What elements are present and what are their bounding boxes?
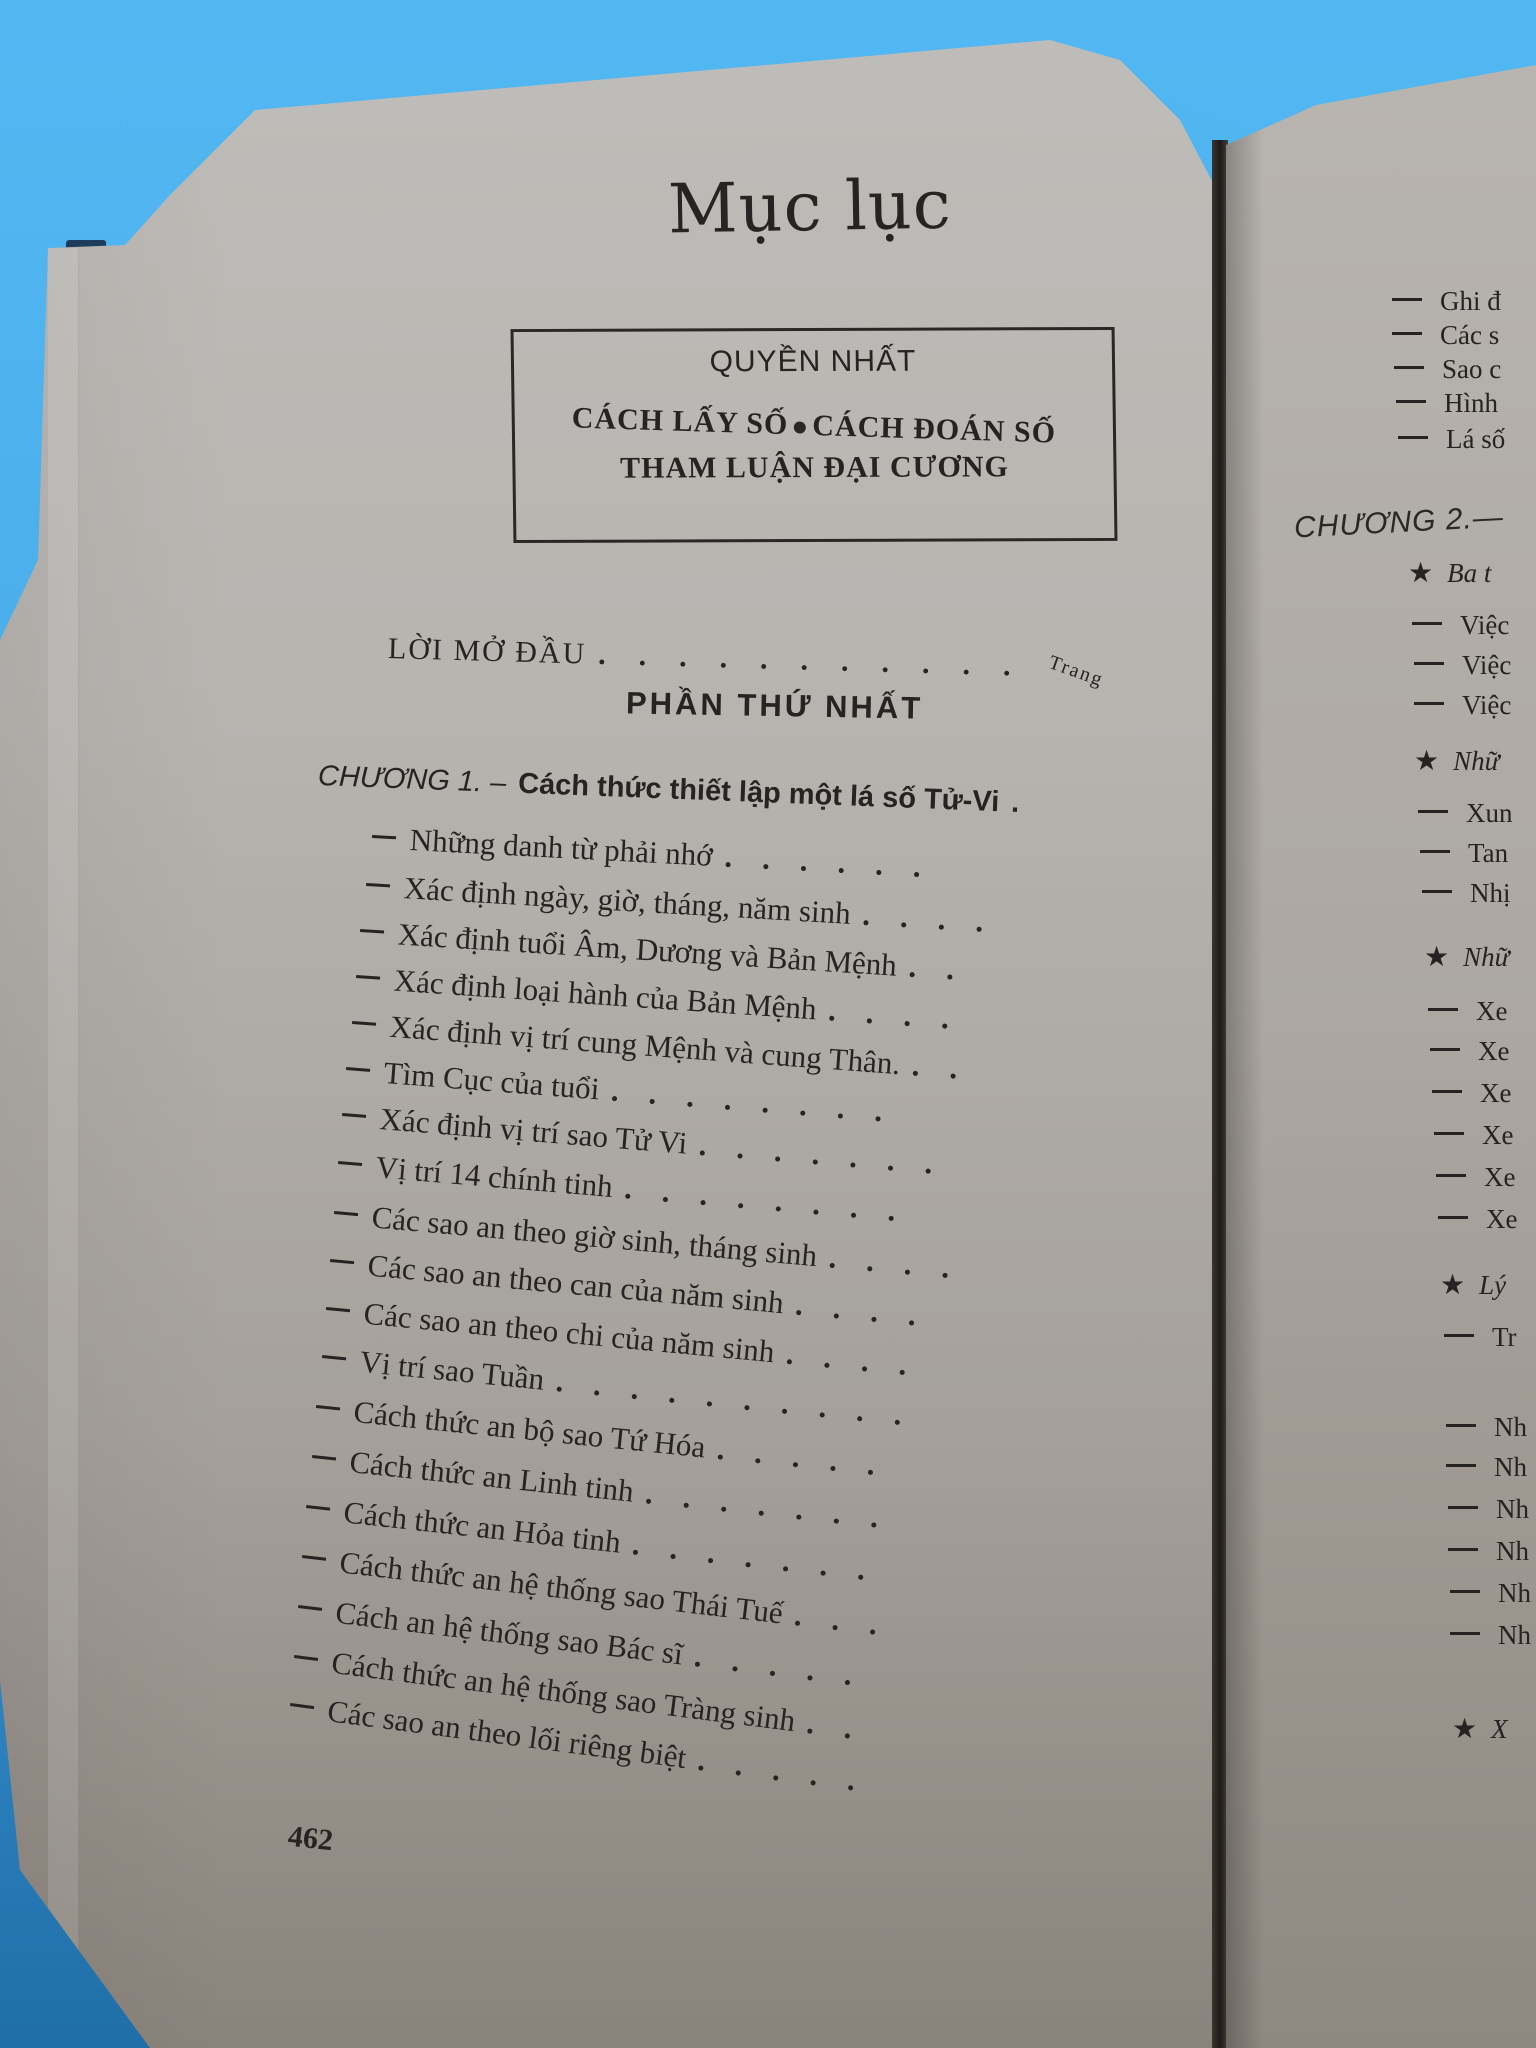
toc-entry[interactable]: Nh <box>1446 1412 1527 1443</box>
toc-entry[interactable]: Việc <box>1414 650 1511 681</box>
leader-dots: ....... <box>644 1475 911 1538</box>
section-heading[interactable]: ★Ba t <box>1408 556 1491 590</box>
leader-dots: ....... <box>698 1127 964 1184</box>
entry-text: Vị trí sao Tuần <box>358 1344 546 1398</box>
leader-dots: .... <box>827 1239 981 1288</box>
toc-entry[interactable]: Xe <box>1434 1120 1513 1151</box>
leader-dots: .. <box>911 1047 989 1088</box>
section-title: X <box>1491 1714 1508 1745</box>
dash-icon <box>1450 1590 1480 1593</box>
toc-entry[interactable]: Xe <box>1432 1078 1511 1109</box>
dash-icon <box>1448 1548 1478 1551</box>
entry-text: Nh <box>1494 1412 1527 1443</box>
dash-icon <box>1396 400 1426 403</box>
entry-text: Nh <box>1494 1452 1527 1483</box>
dash-icon <box>316 1405 340 1410</box>
dash-icon <box>1434 1132 1464 1135</box>
entry-text: Xun <box>1466 798 1513 829</box>
dash-icon <box>330 1259 354 1264</box>
entry-text: Nh <box>1498 1620 1531 1651</box>
dash-icon <box>1414 702 1444 705</box>
page-number: 462 <box>286 1820 334 1859</box>
toc-entry[interactable]: Tan <box>1420 838 1508 869</box>
dash-icon <box>1392 298 1422 301</box>
toc-entry[interactable]: Xe <box>1436 1162 1515 1193</box>
entry-text: Xe <box>1486 1204 1517 1235</box>
entry-text: Những danh từ phải nhớ <box>409 822 714 874</box>
dash-icon <box>1446 1464 1476 1467</box>
toc-entry[interactable]: Hình <box>1396 388 1498 419</box>
entry-text: Nh <box>1498 1578 1531 1609</box>
chapter-label: CHƯƠNG 1. – <box>317 760 506 800</box>
dash-icon <box>1422 890 1452 893</box>
toc-entry[interactable]: Nh <box>1450 1578 1531 1609</box>
section-title: Ba t <box>1447 558 1491 589</box>
volume-box: QUYỀN NHẤT CÁCH LẤY SỐCÁCH ĐOÁN SỐ THAM … <box>510 327 1117 543</box>
dash-icon <box>334 1211 358 1216</box>
dash-icon <box>1420 850 1450 853</box>
entry-text: Việc <box>1462 650 1511 681</box>
entry-text: Ghi đ <box>1440 286 1501 317</box>
toc-intro[interactable]: LỜI MỞ ĐẦU ........... Trang <box>388 632 1106 686</box>
leader-dots: .. <box>908 949 986 990</box>
toc-entry[interactable]: Ghi đ <box>1392 286 1501 317</box>
toc-entry[interactable]: Lá số <box>1398 424 1505 455</box>
toc-entry[interactable]: Xun <box>1418 798 1513 829</box>
left-page-content: Mục lục QUYỀN NHẤT CÁCH LẤY SỐCÁCH ĐOÁN … <box>0 0 1536 2048</box>
dash-icon <box>1436 1174 1466 1177</box>
toc-entry[interactable]: Nh <box>1450 1620 1531 1651</box>
section-title: Nhữ <box>1453 746 1499 777</box>
dash-icon <box>1412 622 1442 625</box>
dash-icon <box>338 1161 362 1166</box>
leader-dots: .... <box>827 992 980 1038</box>
dash-icon <box>1398 436 1428 439</box>
entry-text: Nh <box>1496 1536 1529 1567</box>
dash-icon <box>294 1655 318 1661</box>
entry-text: Các s <box>1440 320 1499 351</box>
leader-dots: ..... <box>696 1742 888 1802</box>
dash-icon <box>1438 1216 1468 1219</box>
entry-text: Sao c <box>1442 354 1501 385</box>
toc-entry[interactable]: Xe <box>1438 1204 1517 1235</box>
section-heading[interactable]: ★Lý <box>1440 1268 1506 1302</box>
entry-text: Xe <box>1478 1036 1509 1067</box>
intro-label: LỜI MỞ ĐẦU <box>388 632 587 672</box>
dash-icon <box>322 1355 346 1360</box>
leader-dots: .. <box>805 1705 884 1750</box>
dash-icon <box>366 883 390 887</box>
part-heading: PHẦN THỨ NHẤT <box>626 685 924 726</box>
dash-icon <box>1428 1008 1458 1011</box>
section-heading[interactable]: ★X <box>1452 1712 1508 1746</box>
toc-entry[interactable]: Xe <box>1428 996 1507 1027</box>
dash-icon <box>1394 366 1424 369</box>
leader-dots: .... <box>794 1286 948 1336</box>
leader-dots: ........ <box>623 1170 927 1231</box>
subtitle-part2: CÁCH ĐOÁN SỐ <box>812 409 1056 450</box>
entry-text: Tr <box>1492 1322 1517 1353</box>
entry-text: Tìm Cục của tuổi <box>383 1055 601 1107</box>
dash-icon <box>1448 1506 1478 1509</box>
section-title: Nhữ <box>1463 942 1509 973</box>
volume-subtitle-line2: THAM LUẬN ĐẠI CƯƠNG <box>515 450 1114 486</box>
toc-entry[interactable]: Nh <box>1448 1536 1529 1567</box>
leader-dots: .... <box>862 897 1015 942</box>
dash-icon <box>1430 1048 1460 1051</box>
dash-icon <box>342 1113 366 1118</box>
star-icon: ★ <box>1414 744 1439 778</box>
dash-icon <box>306 1505 330 1511</box>
page-column-label: Trang <box>1045 651 1106 692</box>
entry-text: Hình <box>1444 388 1498 419</box>
toc-chapter-1[interactable]: CHƯƠNG 1. – Cách thức thiết lập một lá s… <box>317 760 1050 821</box>
entry-text: Xe <box>1480 1078 1511 1109</box>
star-icon: ★ <box>1440 1268 1465 1302</box>
toc-entry[interactable]: Việc <box>1412 610 1509 641</box>
leader-dots: .... <box>785 1336 939 1386</box>
volume-subtitle: CÁCH LẤY SỐCÁCH ĐOÁN SỐ <box>515 400 1114 453</box>
entry-text: Nh <box>1496 1494 1529 1525</box>
entry-text: Vị trí 14 chính tinh <box>374 1149 614 1205</box>
dash-icon <box>346 1067 370 1072</box>
entry-text: Xe <box>1484 1162 1515 1193</box>
toc-entry[interactable]: Nhị <box>1422 878 1511 909</box>
leader-dots: ........... <box>598 638 1044 684</box>
dash-icon <box>298 1605 322 1611</box>
leader-dots: ..... <box>692 1638 884 1696</box>
dash-icon <box>1450 1632 1480 1635</box>
dash-icon <box>1446 1424 1476 1427</box>
dash-icon <box>326 1307 350 1312</box>
dash-icon <box>1418 810 1448 813</box>
dash-icon <box>1392 332 1422 335</box>
entry-text: Việc <box>1462 690 1511 721</box>
section-heading[interactable]: ★Nhữ <box>1414 744 1499 778</box>
star-icon: ★ <box>1452 1712 1477 1746</box>
toc-entry[interactable]: Các s <box>1392 320 1499 351</box>
page-title: Mục lục <box>667 166 952 250</box>
dash-icon <box>1414 662 1444 665</box>
toc-entry[interactable]: Tr <box>1444 1322 1517 1353</box>
dash-icon <box>356 975 380 980</box>
entry-text: Tan <box>1468 838 1508 869</box>
entry-text: Xe <box>1476 996 1507 1027</box>
dash-icon <box>312 1455 336 1460</box>
star-icon: ★ <box>1424 940 1449 974</box>
volume-label: QUYỀN NHẤT <box>514 344 1113 380</box>
star-icon: ★ <box>1408 556 1433 590</box>
toc-entry[interactable]: Nh <box>1448 1494 1529 1525</box>
section-title: Lý <box>1479 1270 1506 1301</box>
toc-entry[interactable]: Sao c <box>1394 354 1501 385</box>
entry-text: Nhị <box>1470 878 1511 909</box>
dash-icon <box>1444 1334 1474 1337</box>
dash-icon <box>372 835 396 839</box>
toc-entry[interactable]: Xe <box>1430 1036 1509 1067</box>
bullet-icon <box>794 421 806 433</box>
chapter-title: Cách thức thiết lập một lá số Tử-Vi <box>518 768 1000 819</box>
dash-icon <box>1432 1090 1462 1093</box>
dash-icon <box>352 1021 376 1026</box>
section-heading[interactable]: ★Nhữ <box>1424 940 1509 974</box>
dash-icon <box>290 1703 314 1709</box>
entry-text: Việc <box>1460 610 1509 641</box>
leader-dots: . <box>1011 787 1050 821</box>
toc-entry[interactable]: Việc <box>1414 690 1511 721</box>
subtitle-part1: CÁCH LẤY SỐ <box>571 401 788 441</box>
leader-dots: ....... <box>631 1526 898 1591</box>
toc-entry[interactable]: Nh <box>1446 1452 1527 1483</box>
leader-dots: ... <box>793 1597 910 1646</box>
dash-icon <box>302 1555 326 1561</box>
leader-dots: ..... <box>715 1431 906 1486</box>
entry-text: Lá số <box>1446 424 1505 455</box>
dash-icon <box>360 929 384 934</box>
entry-text: Xe <box>1482 1120 1513 1151</box>
leader-dots: ...... <box>724 839 952 887</box>
